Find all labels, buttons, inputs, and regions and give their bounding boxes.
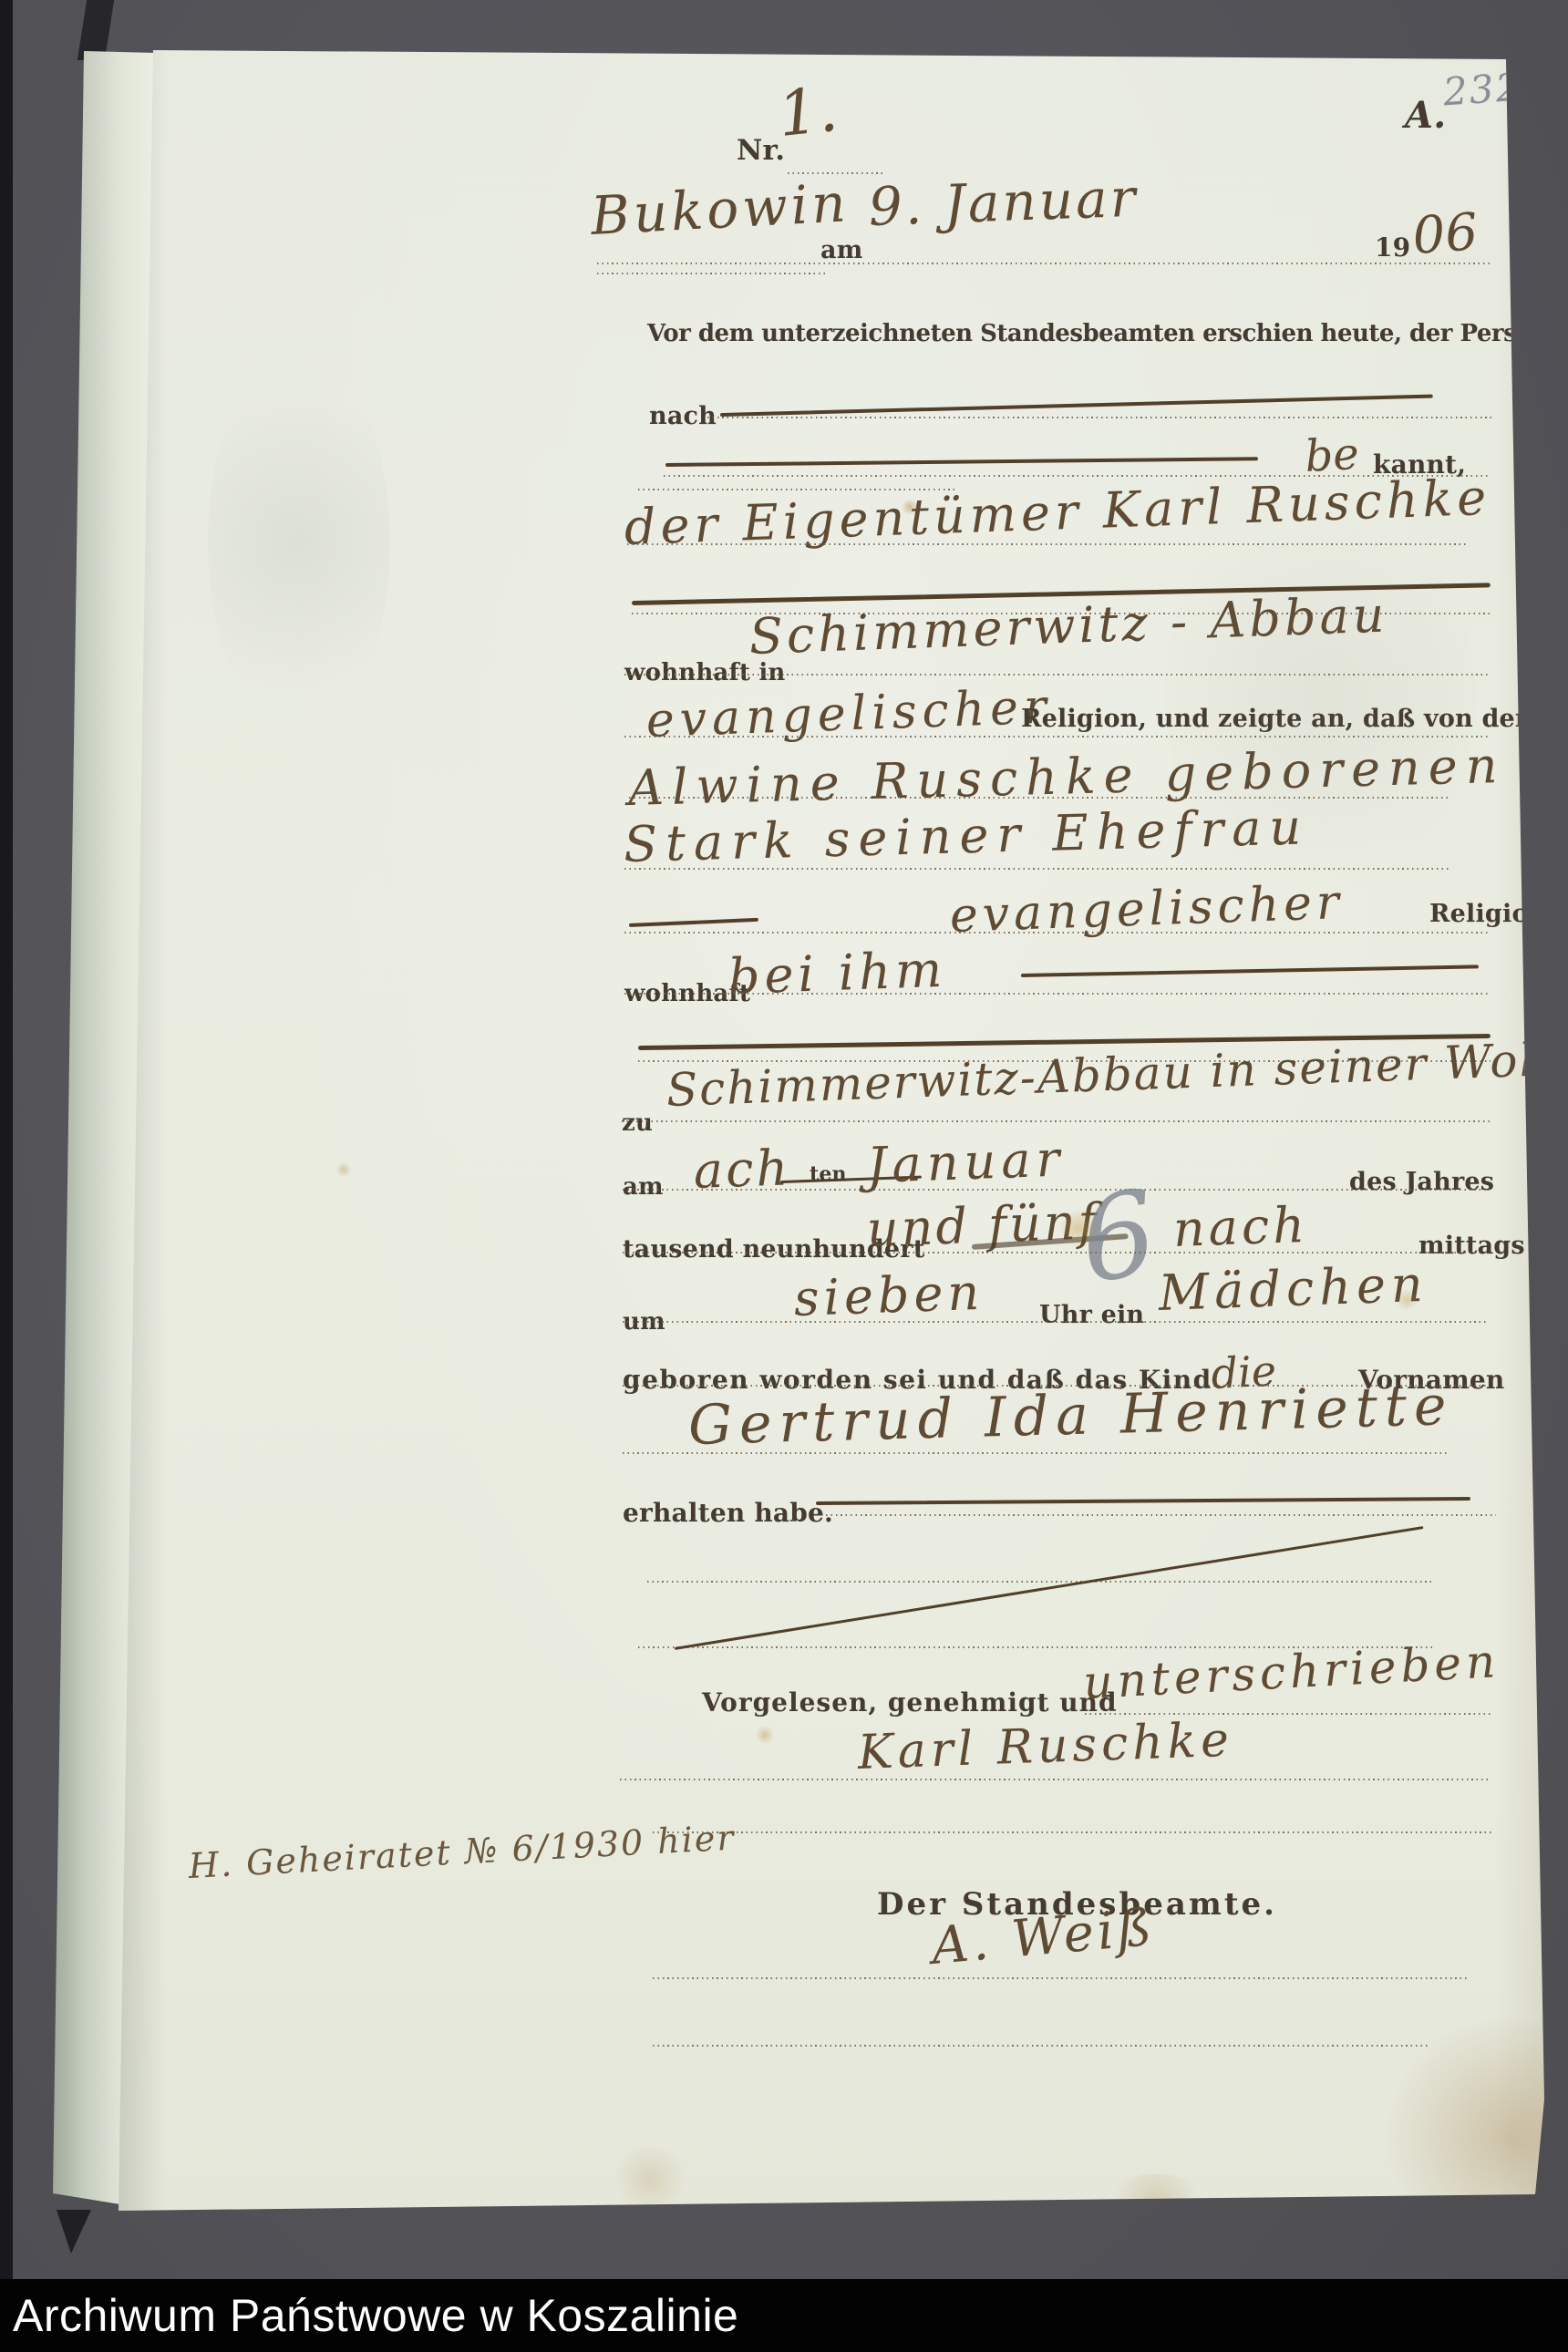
page-corner-wear bbox=[1375, 2019, 1568, 2256]
margin-note: H. Geheiratet № 6/1930 hier bbox=[188, 1818, 737, 1886]
mittags-label: mittags bbox=[1418, 1232, 1525, 1260]
dotted-rule bbox=[653, 1977, 1470, 1979]
ink-stroke bbox=[1021, 965, 1479, 977]
intro-line: Vor dem unterzeichneten Standesbeamten e… bbox=[647, 320, 1568, 347]
child-sex-entry: Mädchen bbox=[1158, 1255, 1429, 1322]
form-letter-a: A. bbox=[1405, 94, 1446, 137]
bleed-through-smudge bbox=[208, 351, 390, 734]
diagonal-stroke bbox=[675, 1526, 1424, 1650]
religion-label: Religion, bbox=[1429, 900, 1555, 928]
ink-stroke bbox=[665, 457, 1258, 467]
scanner-edge-strip bbox=[0, 0, 13, 2352]
dotted-rule bbox=[826, 1514, 1496, 1516]
dotted-rule bbox=[622, 1120, 1490, 1122]
archive-caption-bar: Archiwum Państwowe w Koszalinie bbox=[0, 2279, 1568, 2352]
ink-stroke bbox=[816, 1497, 1470, 1505]
dotted-rule bbox=[623, 1189, 1489, 1191]
mother-residence-entry: bei ihm bbox=[727, 941, 947, 1006]
date-entry: 9. Januar bbox=[868, 167, 1140, 238]
dotted-rule bbox=[629, 797, 1449, 799]
closing-printed: Vorgelesen, genehmigt und bbox=[702, 1687, 1118, 1718]
ink-stroke bbox=[720, 395, 1433, 417]
nach-mittags-written: nach bbox=[1172, 1196, 1309, 1258]
pencil-year-correction: 6 bbox=[1072, 1165, 1164, 1310]
birth-hour-entry: sieben bbox=[793, 1264, 985, 1327]
des-jahres-label: des Jahres bbox=[1349, 1168, 1494, 1196]
dotted-rule bbox=[707, 417, 1495, 418]
dotted-rule bbox=[623, 1321, 1489, 1323]
dotted-rule bbox=[653, 2045, 1428, 2047]
dotted-rule bbox=[624, 993, 1491, 995]
record-number: 1. bbox=[775, 74, 841, 151]
dotted-rule bbox=[627, 543, 1466, 545]
am2-label: am bbox=[623, 1173, 664, 1201]
dotted-rule bbox=[623, 1252, 1489, 1253]
dotted-rule bbox=[647, 1581, 1431, 1583]
year-entry: 06 bbox=[1410, 202, 1480, 266]
archive-caption: Archiwum Państwowe w Koszalinie bbox=[13, 2289, 738, 2342]
year-prefix: 19 bbox=[1375, 232, 1410, 263]
declarant-religion-entry: evangelischer bbox=[645, 680, 1053, 748]
dotted-rule bbox=[597, 273, 827, 274]
paper-stain bbox=[755, 1726, 775, 1744]
ten-label: ten bbox=[810, 1162, 847, 1186]
uhr-ein-label: Uhr ein bbox=[1039, 1301, 1144, 1329]
dotted-rule bbox=[620, 1779, 1491, 1780]
dotted-rule bbox=[597, 263, 1492, 264]
place-entry: Bukowin bbox=[589, 171, 851, 247]
birth-record-page: 232. A. Nr. 1. Bukowin am 9. Januar 19 0… bbox=[117, 50, 1550, 2213]
dotted-rule bbox=[623, 1452, 1448, 1454]
pencil-page-number: 232. bbox=[1441, 64, 1537, 115]
ink-stroke bbox=[629, 918, 758, 927]
religion-clause: Religion, und zeigte an, daß von der bbox=[1021, 705, 1528, 733]
paper-stain bbox=[335, 1162, 352, 1177]
binding-clip bbox=[77, 0, 114, 60]
am-label: am bbox=[820, 236, 862, 264]
paper-stain bbox=[609, 2147, 691, 2211]
declarant-signature: Karl Ruschke bbox=[857, 1713, 1234, 1780]
erhalten-label: erhalten habe. bbox=[623, 1498, 833, 1528]
dotted-rule bbox=[1085, 1713, 1491, 1715]
dotted-rule bbox=[624, 932, 1491, 934]
nr-label: Nr. bbox=[737, 134, 785, 167]
dotted-rule bbox=[624, 674, 1491, 676]
scan-stage: 232. A. Nr. 1. Bukowin am 9. Januar 19 0… bbox=[0, 0, 1568, 2352]
dotted-rule bbox=[624, 868, 1449, 870]
zu-label: zu bbox=[622, 1109, 653, 1137]
page-corner-shadow bbox=[57, 2210, 91, 2254]
dotted-rule bbox=[653, 1831, 1491, 1833]
birth-month-entry: Januar bbox=[866, 1130, 1066, 1194]
nach-label: nach bbox=[649, 402, 717, 430]
dotted-rule bbox=[624, 736, 1491, 738]
paper-stain bbox=[1101, 2174, 1211, 2229]
